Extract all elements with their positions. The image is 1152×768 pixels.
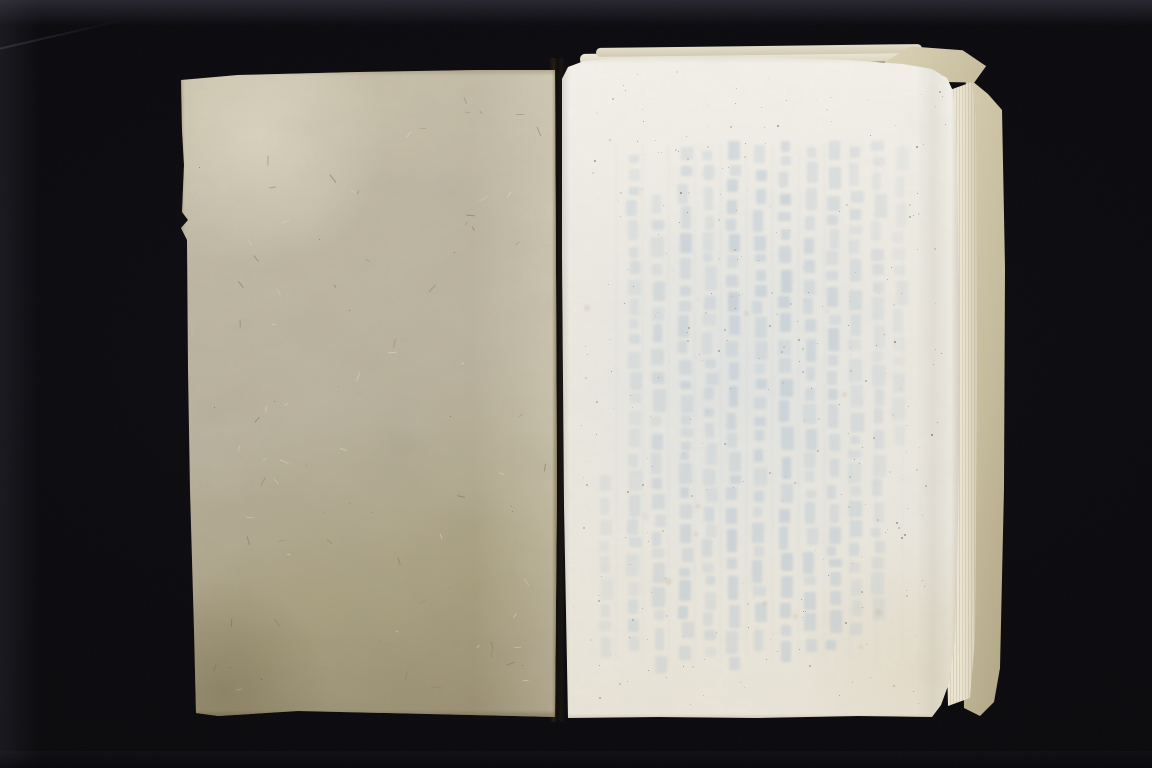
foxing-specks <box>558 55 960 720</box>
left-blank-page <box>178 70 557 718</box>
backdrop-bottom-seam <box>0 751 1152 768</box>
bleedthrough-text-columns <box>558 55 960 720</box>
right-text-page <box>558 55 960 720</box>
backdrop-top-edge <box>0 0 1152 26</box>
backdrop-left-glow <box>0 0 40 768</box>
photo-scene <box>0 0 1152 768</box>
paper-mottle-texture <box>178 70 557 718</box>
paper-fiber-flecks <box>178 70 557 718</box>
paper-mottle-texture <box>558 55 960 720</box>
